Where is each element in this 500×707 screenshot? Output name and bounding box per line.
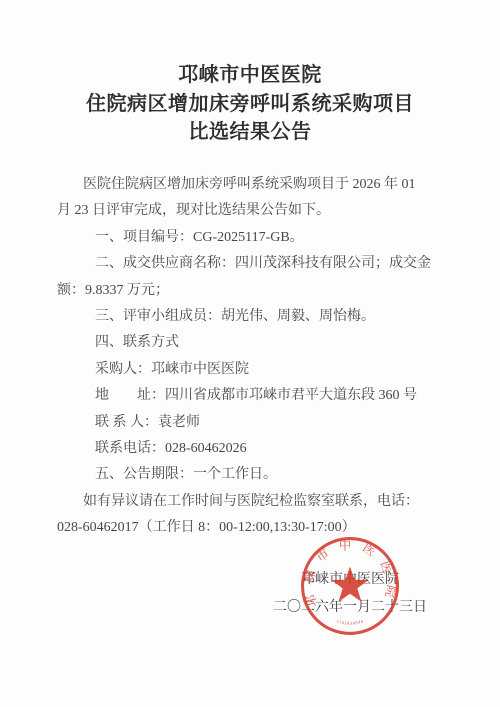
- body-line: 联 系 人：袁老师: [57, 410, 449, 436]
- seal-serial-text: 5101836044: [336, 618, 364, 625]
- title-line-3: 比选结果公告: [0, 118, 500, 147]
- body-line: 三、评审小组成员：胡光伟、周毅、周怡梅。: [57, 304, 449, 330]
- body-line: 医院住院病区增加床旁呼叫系统采购项目于 2026 年 01: [57, 172, 449, 198]
- body-line: 四、联系方式: [57, 330, 449, 356]
- body-line: 月 23 日评审完成，现对比选结果公告如下。: [57, 198, 449, 224]
- document-body: 医院住院病区增加床旁呼叫系统采购项目于 2026 年 01月 23 日评审完成，…: [57, 172, 449, 541]
- svg-text:5101836044: 5101836044: [336, 618, 364, 625]
- body-line: 额：9.8337 万元；: [57, 278, 449, 304]
- body-line: 五、公告期限：一个工作日。: [57, 462, 449, 488]
- title-line-2: 住院病区增加床旁呼叫系统采购项目: [0, 90, 500, 119]
- title-line-1: 邛崃市中医医院: [0, 61, 500, 90]
- body-line: 二、成交供应商名称：四川茂深科技有限公司；成交金: [57, 251, 449, 277]
- body-line: 联系电话：028-60462026: [57, 436, 449, 462]
- seal-star-icon: [332, 567, 369, 602]
- document-page: 邛崃市中医医院 住院病区增加床旁呼叫系统采购项目 比选结果公告 医院住院病区增加…: [0, 0, 500, 707]
- body-line: 地 址：四川省成都市邛崃市君平大道东段 360 号: [57, 383, 449, 409]
- document-title: 邛崃市中医医院 住院病区增加床旁呼叫系统采购项目 比选结果公告: [0, 61, 500, 147]
- body-line: 一、项目编号：CG-2025117-GB。: [57, 225, 449, 251]
- official-seal-icon: 邛崃市中医医院 5101836044: [299, 535, 401, 637]
- body-line: 采购人：邛崃市中医医院: [57, 357, 449, 383]
- body-line: 如有异议请在工作时间与医院纪检监察室联系，电话：: [57, 489, 449, 515]
